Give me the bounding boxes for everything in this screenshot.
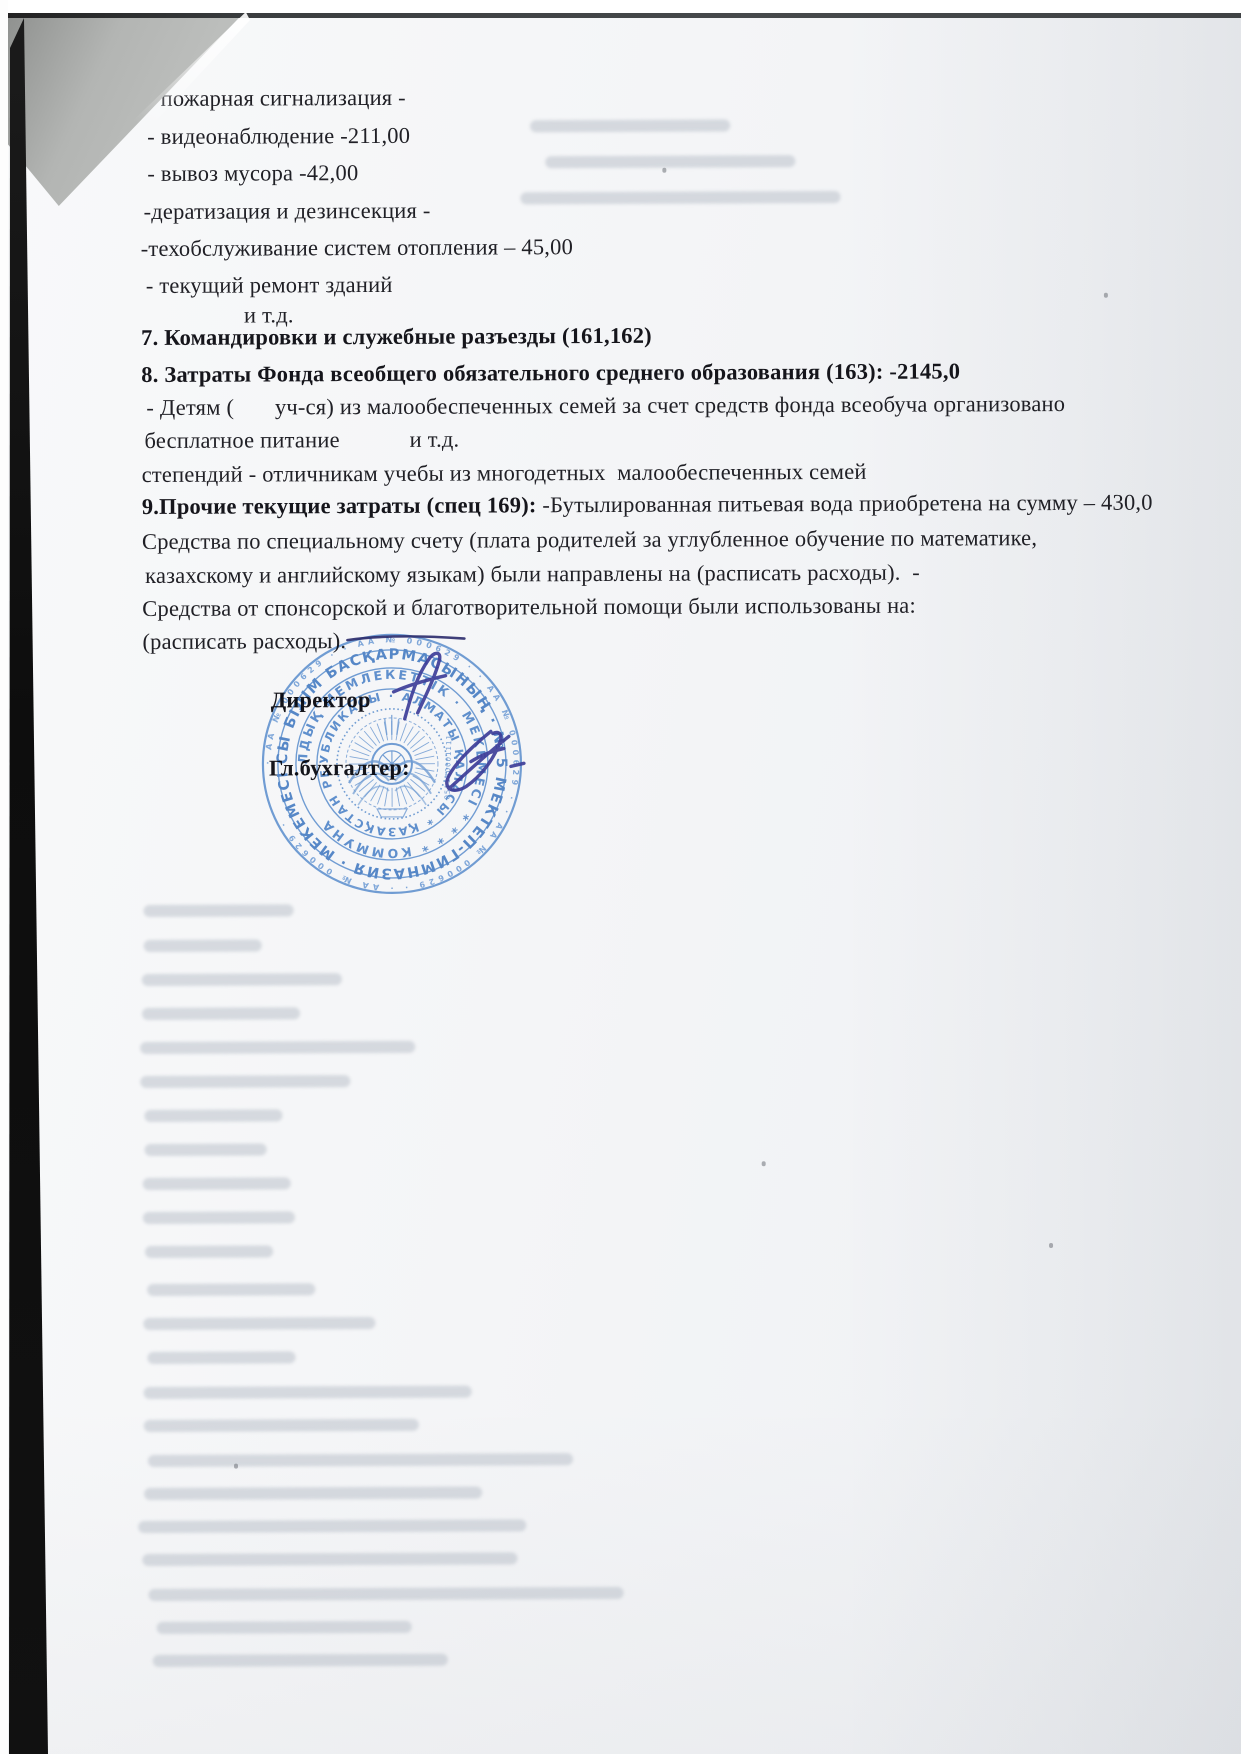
bleedthrough-line — [143, 1177, 291, 1190]
section-7-heading: 7. Командировки и служебные разъезды (16… — [141, 323, 652, 351]
scan-margin-top — [0, 0, 1241, 13]
bleedthrough-line — [144, 939, 262, 952]
bleedthrough-line — [143, 1211, 295, 1224]
bleedthrough-line — [143, 1317, 375, 1330]
scan-speck — [234, 1464, 238, 1469]
bleedthrough-line — [144, 1386, 472, 1399]
bleedthrough-line — [153, 1654, 448, 1667]
bleedthrough-line — [157, 1621, 412, 1634]
bleedthrough-line — [142, 1552, 517, 1566]
bleedthrough-line — [144, 1419, 419, 1432]
bleedthrough-line — [149, 1587, 624, 1601]
bleedthrough-line — [138, 1519, 526, 1533]
text-line: - текущий ремонт зданий — [146, 272, 393, 299]
bleedthrough-line — [145, 1143, 267, 1156]
bleedthrough-line — [144, 904, 294, 917]
official-stamp: · АА № 000629 · · АА № 000629 · · АА № 0… — [258, 630, 525, 897]
scanned-document-page: - пожарная сигнализация -- видеонаблюден… — [0, 0, 1241, 1754]
document-tilt-wrapper: - пожарная сигнализация -- видеонаблюден… — [0, 0, 1241, 1754]
bleedthrough-line — [144, 1487, 482, 1500]
bleedthrough-line — [147, 1283, 315, 1296]
kazakhstan-emblem — [346, 715, 438, 817]
text-line: - вывоз мусора -42,00 — [147, 160, 358, 187]
bleedthrough-line — [142, 973, 342, 986]
bleedthrough-line — [144, 1109, 282, 1122]
bleedthrough-line — [545, 155, 795, 168]
scan-edge-top — [8, 13, 1241, 18]
text-line: -техобслуживание систем отопления – 45,0… — [141, 234, 573, 262]
bleedthrough-line — [520, 191, 840, 204]
text-line: Средства от спонсорской и благотворитель… — [142, 593, 916, 622]
text-line: Средства по специальному счету (плата ро… — [142, 525, 1037, 555]
bleedthrough-line — [145, 1245, 273, 1258]
bleedthrough-line — [530, 119, 730, 132]
bleedthrough-line — [140, 1041, 415, 1054]
text-line: -дератизация и дезинсекция - — [143, 198, 430, 225]
scan-speck — [762, 1161, 766, 1166]
bleedthrough-line — [148, 1453, 573, 1467]
text-line: бесплатное питание и т.д. — [144, 427, 459, 454]
scan-margin-left — [0, 0, 8, 1754]
bleedthrough-line — [148, 1351, 296, 1364]
scan-speck — [662, 168, 666, 173]
text-line: степендий - отличникам учебы из многодет… — [142, 459, 867, 488]
section-9-heading: 9.Прочие текущие затраты (спец 169): -Бу… — [142, 490, 1153, 520]
bleedthrough-line — [142, 1007, 300, 1020]
bleedthrough-line — [140, 1075, 350, 1088]
text-line: казахскому и английскому языкам) были на… — [145, 560, 920, 589]
section-8-heading: 8. Затраты Фонда всеобщего обязательного… — [141, 358, 960, 388]
scan-speck — [1049, 1243, 1053, 1248]
scan-speck — [1104, 293, 1108, 298]
text-line: - Детям ( уч-ся) из малообеспеченных сем… — [146, 391, 1065, 421]
text-line: - видеонаблюдение -211,00 — [147, 123, 410, 150]
